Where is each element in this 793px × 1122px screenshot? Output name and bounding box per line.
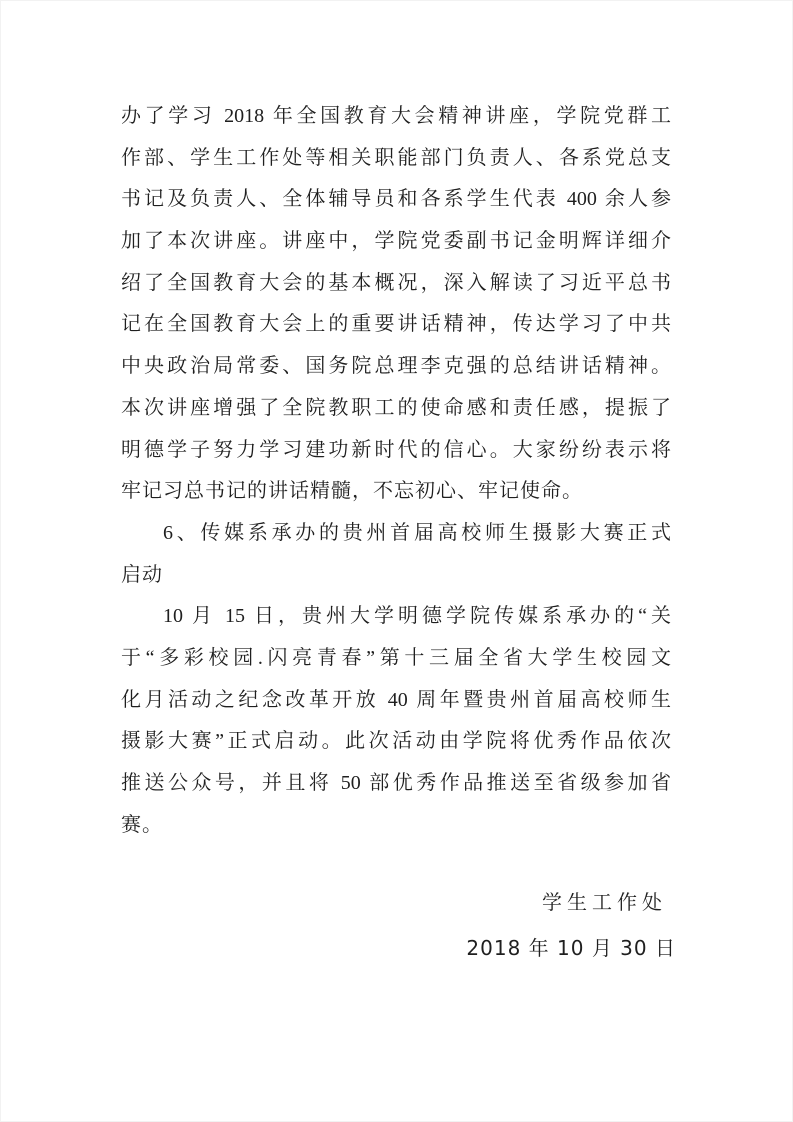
document-page: 办了学习 2018 年全国教育大会精神讲座，学院党群工 作部、学生工作处等相关职… <box>0 0 793 1122</box>
section-heading-line: 启动 <box>121 555 671 597</box>
body-line: 中央政治局常委、国务院总理李克强的总结讲话精神。 <box>121 346 671 388</box>
section-heading-line: 6、传媒系承办的贵州首届高校师生摄影大赛正式 <box>121 513 671 555</box>
signature-date: 2018 年 10 月 30 日 <box>466 928 676 970</box>
document-body: 办了学习 2018 年全国教育大会精神讲座，学院党群工 作部、学生工作处等相关职… <box>121 96 671 846</box>
body-line: 化月活动之纪念改革开放 40 周年暨贵州首届高校师生 <box>121 680 671 722</box>
body-line: 书记及负责人、全体辅导员和各系学生代表 400 余人参 <box>121 179 671 221</box>
body-line: 加了本次讲座。讲座中，学院党委副书记金明辉详细介 <box>121 221 671 263</box>
body-line: 绍了全国教育大会的基本概况，深入解读了习近平总书 <box>121 263 671 305</box>
body-line: 记在全国教育大会上的重要讲话精神，传达学习了中共 <box>121 304 671 346</box>
body-line: 办了学习 2018 年全国教育大会精神讲座，学院党群工 <box>121 96 671 138</box>
body-line: 作部、学生工作处等相关职能部门负责人、各系党总支 <box>121 138 671 180</box>
body-line: 推送公众号，并且将 50 部优秀作品推送至省级参加省 <box>121 763 671 805</box>
body-line: 赛。 <box>121 805 671 847</box>
body-line: 10 月 15 日，贵州大学明德学院传媒系承办的“关 <box>121 596 671 638</box>
signature-department: 学生工作处 <box>542 883 667 925</box>
body-line: 牢记习总书记的讲话精髓，不忘初心、牢记使命。 <box>121 471 671 513</box>
body-line: 于“多彩校园.闪亮青春”第十三届全省大学生校园文 <box>121 638 671 680</box>
body-line: 本次讲座增强了全院教职工的使命感和责任感，提振了 <box>121 388 671 430</box>
body-line: 摄影大赛”正式启动。此次活动由学院将优秀作品依次 <box>121 721 671 763</box>
body-line: 明德学子努力学习建功新时代的信心。大家纷纷表示将 <box>121 430 671 472</box>
